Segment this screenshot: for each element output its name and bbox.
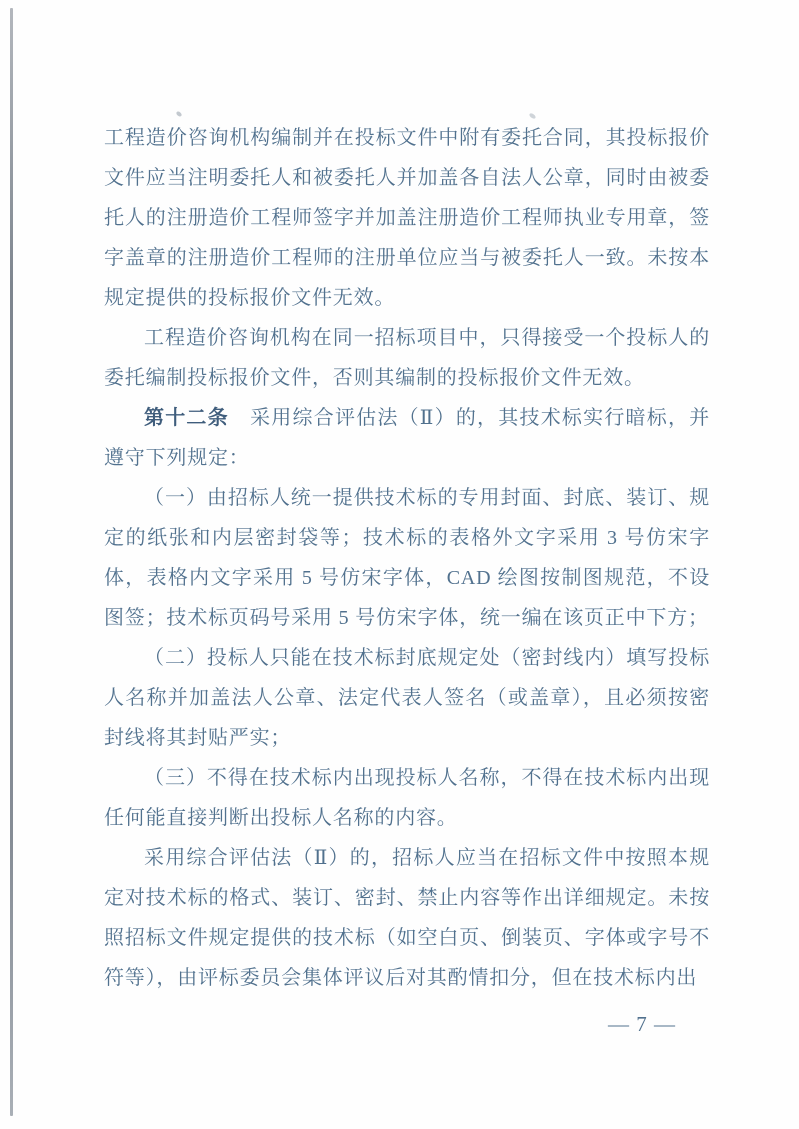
paragraph: （三）不得在技术标内出现投标人名称，不得在技术标内出现任何能直接判断出投标人名称… xyxy=(104,758,710,838)
paragraph-text: 采用综合评估法（Ⅱ）的，招标人应当在招标文件中按照本规定对技术标的格式、装订、密… xyxy=(104,847,710,989)
document-body: 工程造价咨询机构编制并在投标文件中附有委托合同，其投标报价文件应当注明委托人和被… xyxy=(104,118,710,998)
page-footer: — 7 — xyxy=(597,1010,687,1038)
paragraph-text: （一）由招标人统一提供技术标的专用封面、封底、装订、规定的纸张和内层密封袋等；技… xyxy=(104,487,710,629)
paragraph: 第十二条 采用综合评估法（Ⅱ）的，其技术标实行暗标，并遵守下列规定： xyxy=(104,398,710,478)
paragraph: 采用综合评估法（Ⅱ）的，招标人应当在招标文件中按照本规定对技术标的格式、装订、密… xyxy=(104,838,710,998)
paragraph: 工程造价咨询机构在同一招标项目中，只得接受一个投标人的委托编制投标报价文件，否则… xyxy=(104,318,710,398)
article-number: 第十二条 xyxy=(144,407,229,429)
scan-speck xyxy=(175,111,182,118)
paragraph-text: 工程造价咨询机构在同一招标项目中，只得接受一个投标人的委托编制投标报价文件，否则… xyxy=(104,327,710,389)
paragraph-text: （二）投标人只能在技术标封底规定处（密封线内）填写投标人名称并加盖法人公章、法定… xyxy=(104,647,710,749)
paragraph: （二）投标人只能在技术标封底规定处（密封线内）填写投标人名称并加盖法人公章、法定… xyxy=(104,638,710,758)
paragraph: 工程造价咨询机构编制并在投标文件中附有委托合同，其投标报价文件应当注明委托人和被… xyxy=(104,118,710,318)
document-page: 工程造价咨询机构编制并在投标文件中附有委托合同，其投标报价文件应当注明委托人和被… xyxy=(0,0,799,1129)
scan-edge-line xyxy=(10,8,13,1116)
page-number: — 7 — xyxy=(608,1012,676,1036)
paragraph: （一）由招标人统一提供技术标的专用封面、封底、装订、规定的纸张和内层密封袋等；技… xyxy=(104,478,710,638)
paragraph-text: 工程造价咨询机构编制并在投标文件中附有委托合同，其投标报价文件应当注明委托人和被… xyxy=(104,127,710,309)
paragraph-text: （三）不得在技术标内出现投标人名称，不得在技术标内出现任何能直接判断出投标人名称… xyxy=(104,767,710,829)
